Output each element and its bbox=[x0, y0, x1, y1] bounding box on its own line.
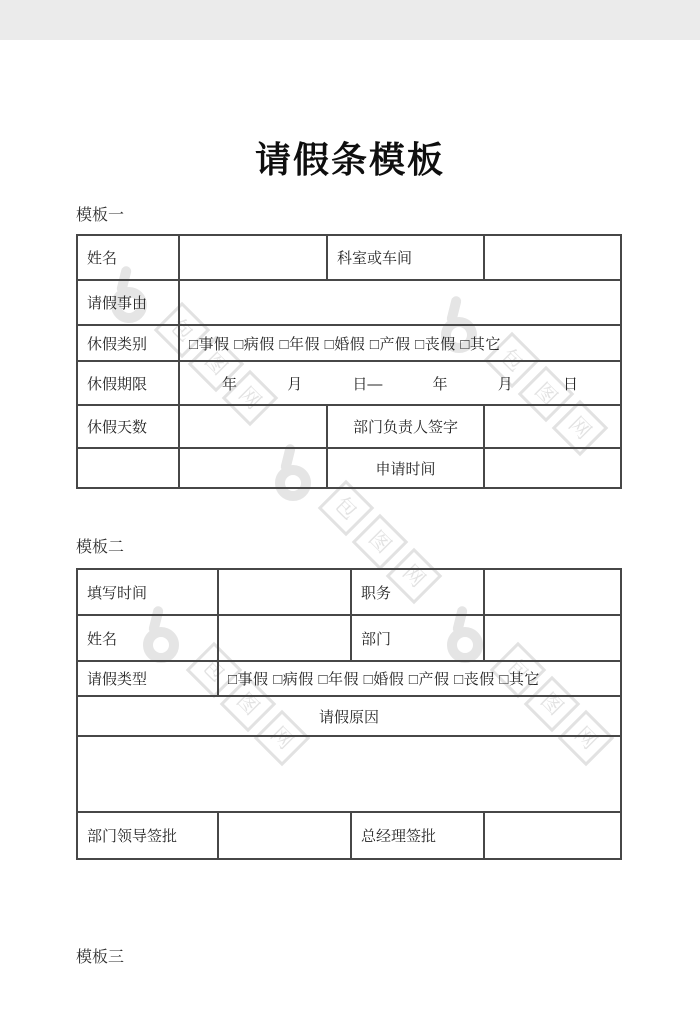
period-fields: 年 月 日— 年 月 日 bbox=[180, 373, 620, 394]
period-day2: 日 bbox=[563, 373, 578, 394]
t2-name-label-cell: 姓名 bbox=[77, 615, 218, 661]
t1-days-value-cell bbox=[179, 405, 327, 448]
table-row bbox=[77, 736, 621, 812]
t2-fill-time-value-cell bbox=[218, 569, 351, 615]
t1-reason-label-cell: 请假事由 bbox=[77, 280, 179, 325]
table-row: 休假类别 □事假 □病假 □年假 □婚假 □产假 □丧假 □其它 bbox=[77, 325, 621, 361]
t1-days-label-cell: 休假天数 bbox=[77, 405, 179, 448]
table-row: 姓名 科室或车间 bbox=[77, 235, 621, 280]
t2-type-options-cell: □事假 □病假 □年假 □婚假 □产假 □丧假 □其它 bbox=[218, 661, 621, 696]
table-row: 部门领导签批 总经理签批 bbox=[77, 812, 621, 859]
t1-manager-sign-label-cell: 部门负责人签字 bbox=[327, 405, 484, 448]
t2-position-label-cell: 职务 bbox=[351, 569, 484, 615]
t2-reason-value-cell bbox=[77, 736, 621, 812]
period-month2: 月 bbox=[498, 373, 513, 394]
section-label-template3: 模板三 bbox=[76, 944, 124, 967]
t1-apply-time-label-cell: 申请时间 bbox=[327, 448, 484, 488]
table-row: 请假原因 bbox=[77, 696, 621, 736]
t2-department-value-cell bbox=[484, 615, 621, 661]
t1-reason-value-cell bbox=[179, 280, 621, 325]
t2-gm-sign-value-cell bbox=[484, 812, 621, 859]
section-label-template1: 模板一 bbox=[76, 202, 124, 225]
template2-table: 填写时间 职务 姓名 部门 请假类型 □事假 □病假 □年假 □婚假 □产假 □… bbox=[76, 568, 622, 860]
table-row: 请假类型 □事假 □病假 □年假 □婚假 □产假 □丧假 □其它 bbox=[77, 661, 621, 696]
table-row: 填写时间 职务 bbox=[77, 569, 621, 615]
t1-empty-cell bbox=[77, 448, 179, 488]
period-year1: 年 bbox=[222, 373, 237, 394]
t1-type-options-cell: □事假 □病假 □年假 □婚假 □产假 □丧假 □其它 bbox=[179, 325, 621, 361]
t2-type-label-cell: 请假类型 bbox=[77, 661, 218, 696]
t1-period-label-cell: 休假期限 bbox=[77, 361, 179, 405]
t2-position-value-cell bbox=[484, 569, 621, 615]
document-page: 包 图 网 包 图 网 包 图 网 包 图 网 包 图 网 bbox=[0, 0, 700, 1030]
document-title: 请假条模板 bbox=[0, 132, 700, 183]
table-row: 姓名 部门 bbox=[77, 615, 621, 661]
t1-manager-sign-value-cell bbox=[484, 405, 621, 448]
table-row: 申请时间 bbox=[77, 448, 621, 488]
t2-name-value-cell bbox=[218, 615, 351, 661]
period-year2: 年 bbox=[433, 373, 448, 394]
document-content: 请假条模板 模板一 姓名 科室或车间 请假事由 休假类别 □事假 □病假 □年假… bbox=[0, 0, 700, 1030]
table-row: 休假天数 部门负责人签字 bbox=[77, 405, 621, 448]
t1-apply-time-value-cell bbox=[484, 448, 621, 488]
table-row: 请假事由 bbox=[77, 280, 621, 325]
t2-reason-label-cell: 请假原因 bbox=[77, 696, 621, 736]
t1-name-value-cell bbox=[179, 235, 327, 280]
t2-dept-leader-sign-label-cell: 部门领导签批 bbox=[77, 812, 218, 859]
t1-dept-label-cell: 科室或车间 bbox=[327, 235, 484, 280]
template1-table: 姓名 科室或车间 请假事由 休假类别 □事假 □病假 □年假 □婚假 □产假 □… bbox=[76, 234, 622, 489]
period-day1-dash: 日— bbox=[352, 373, 382, 394]
t1-type-label-cell: 休假类别 bbox=[77, 325, 179, 361]
period-month1: 月 bbox=[287, 373, 302, 394]
t1-period-value-cell: 年 月 日— 年 月 日 bbox=[179, 361, 621, 405]
t2-gm-sign-label-cell: 总经理签批 bbox=[351, 812, 484, 859]
t1-name-label-cell: 姓名 bbox=[77, 235, 179, 280]
t1-dept-value-cell bbox=[484, 235, 621, 280]
section-label-template2: 模板二 bbox=[76, 534, 124, 557]
table-row: 休假期限 年 月 日— 年 月 日 bbox=[77, 361, 621, 405]
t2-department-label-cell: 部门 bbox=[351, 615, 484, 661]
t2-dept-leader-sign-value-cell bbox=[218, 812, 351, 859]
t1-empty-cell bbox=[179, 448, 327, 488]
t2-fill-time-label-cell: 填写时间 bbox=[77, 569, 218, 615]
